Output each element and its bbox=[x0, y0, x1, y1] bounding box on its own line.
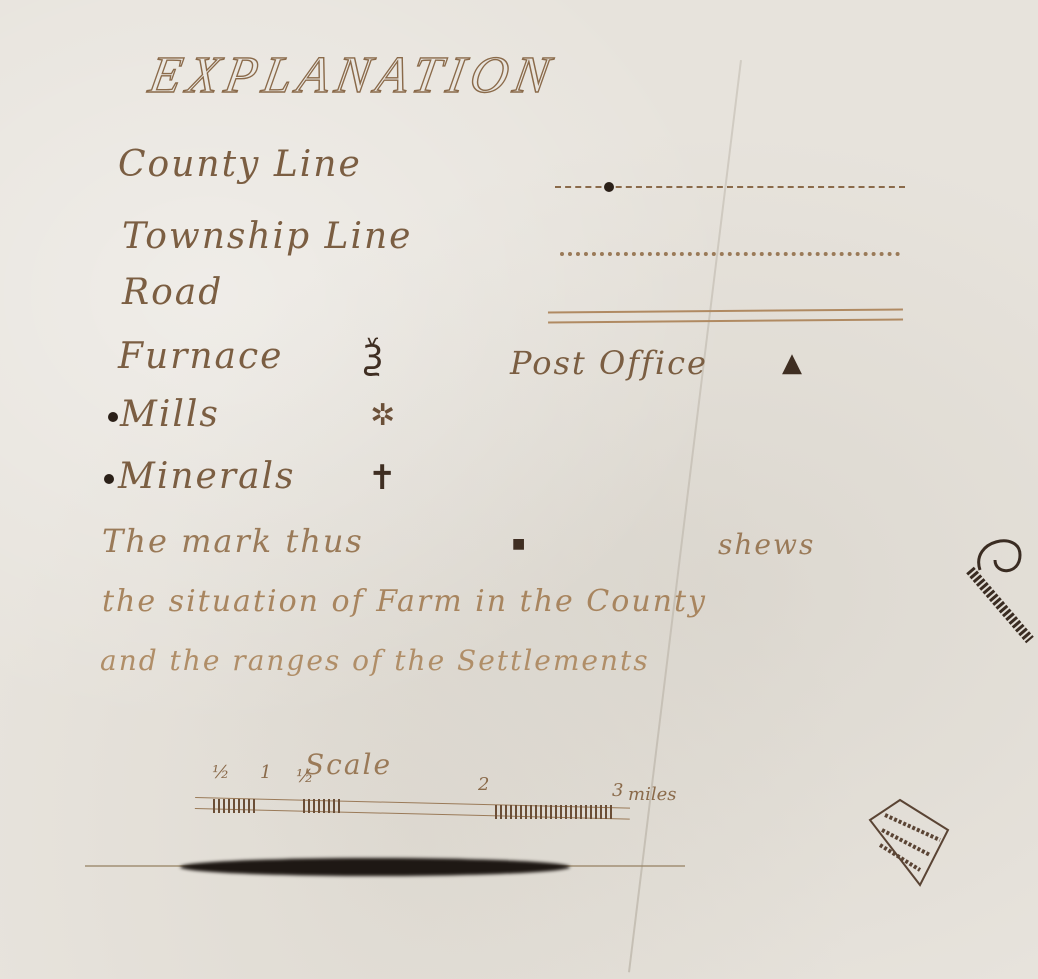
note-line-2: the situation of Farm in the County bbox=[102, 584, 707, 619]
scale-tick-one-half: ½ bbox=[296, 766, 313, 787]
note-line-1: The mark thus bbox=[102, 522, 364, 560]
scale-tick-one: 1 bbox=[260, 762, 271, 783]
mill-icon: ✲ bbox=[370, 398, 395, 433]
note-line-3: and the ranges of the Settlements bbox=[100, 644, 650, 677]
scale-unit: miles bbox=[628, 784, 676, 805]
bullet-icon bbox=[104, 474, 114, 484]
road-symbol bbox=[548, 308, 903, 323]
ink-smudge bbox=[180, 858, 570, 876]
township-line-symbol bbox=[560, 252, 900, 256]
legend-label-furnace: Furnace bbox=[118, 336, 284, 377]
furnace-icon: Ѯ bbox=[362, 338, 384, 378]
note-line-1-end: shews bbox=[718, 528, 815, 561]
farm-mark-icon: ■ bbox=[512, 536, 525, 552]
legend-label-road: Road bbox=[122, 272, 223, 313]
map-legend-sheet: EXPLANATION County Line Township Line Ro… bbox=[0, 0, 1038, 979]
post-office-triangle-icon: ▲ bbox=[782, 348, 802, 378]
scale-bar bbox=[195, 793, 630, 817]
scale-hatch bbox=[303, 799, 343, 813]
scale-hatch bbox=[213, 799, 258, 813]
legend-label-post-office: Post Office bbox=[510, 344, 708, 382]
map-fragment-hatched-icon bbox=[860, 770, 950, 890]
paper-crease bbox=[628, 60, 742, 972]
scale-tick-half: ½ bbox=[212, 762, 229, 783]
legend-title: EXPLANATION bbox=[145, 46, 560, 105]
legend-label-township-line: Township Line bbox=[122, 216, 412, 257]
map-fragment-curl-icon bbox=[960, 530, 1038, 660]
legend-label-minerals: Minerals bbox=[118, 456, 296, 497]
bullet-icon bbox=[108, 412, 118, 422]
legend-label-county-line: County Line bbox=[118, 144, 362, 185]
scale-hatch bbox=[495, 805, 615, 819]
scale-title: Scale bbox=[305, 748, 392, 781]
scale-tick-two: 2 bbox=[478, 774, 489, 795]
county-line-dot-icon bbox=[604, 182, 614, 192]
minerals-cross-icon: ✝ bbox=[368, 458, 397, 498]
legend-label-mills: Mills bbox=[120, 394, 220, 435]
